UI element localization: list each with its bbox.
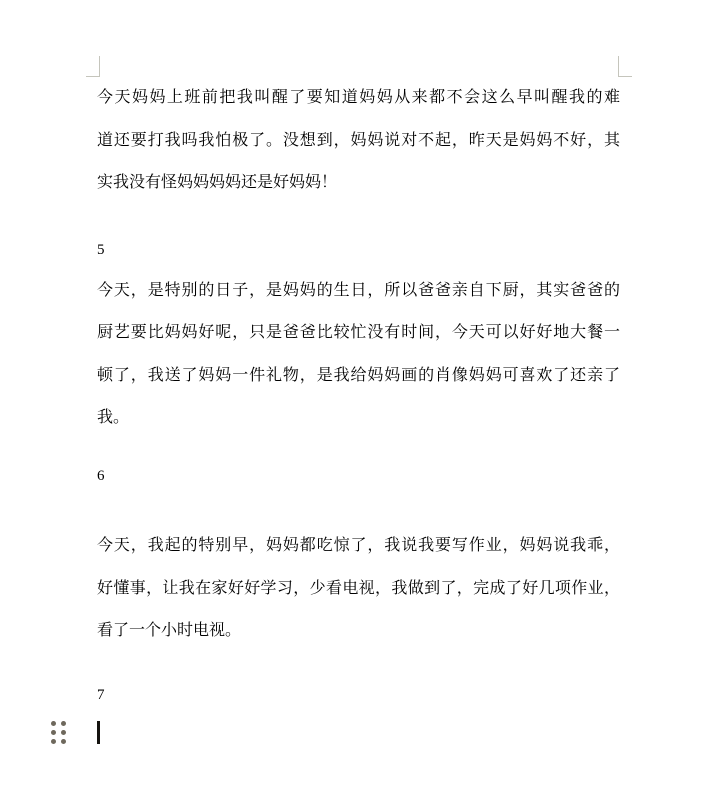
drag-dot <box>51 721 56 726</box>
text-line[interactable]: 我。 <box>97 409 620 427</box>
text-line[interactable]: 厨艺要比妈妈好呢，只是爸爸比较忙没有时间，今天可以好好地大餐一 <box>97 324 620 342</box>
section-number[interactable]: 6 <box>97 468 137 485</box>
section-number[interactable]: 5 <box>97 242 137 259</box>
text-line[interactable]: 今天妈妈上班前把我叫醒了要知道妈妈从来都不会这么早叫醒我的难 <box>97 89 620 107</box>
paragraph-drag-handle-icon[interactable] <box>51 721 66 745</box>
text-cursor-caret <box>97 721 100 744</box>
document-page[interactable]: 今天妈妈上班前把我叫醒了要知道妈妈从来都不会这么早叫醒我的难 道还要打我吗我怕极… <box>0 0 719 810</box>
text-line[interactable]: 好懂事，让我在家好好学习，少看电视，我做到了，完成了好几项作业， <box>97 580 620 598</box>
text-boundary-mark-left-icon <box>86 56 100 77</box>
text-line[interactable]: 看了一个小时电视。 <box>97 622 620 640</box>
drag-dot <box>61 739 66 744</box>
text-line[interactable]: 今天，是特别的日子，是妈妈的生日，所以爸爸亲自下厨，其实爸爸的 <box>97 282 620 300</box>
drag-dot <box>61 730 66 735</box>
text-line[interactable]: 今天，我起的特别早，妈妈都吃惊了，我说我要写作业，妈妈说我乖， <box>97 537 620 555</box>
text-line[interactable]: 顿了，我送了妈妈一件礼物，是我给妈妈画的肖像妈妈可喜欢了还亲了 <box>97 367 620 385</box>
section-number[interactable]: 7 <box>97 687 137 704</box>
drag-dot <box>51 730 56 735</box>
drag-dot <box>61 721 66 726</box>
drag-dot <box>51 739 56 744</box>
text-line[interactable]: 道还要打我吗我怕极了。没想到，妈妈说对不起，昨天是妈妈不好，其 <box>97 132 620 150</box>
text-line[interactable]: 实我没有怪妈妈妈妈还是好妈妈！ <box>97 174 620 192</box>
text-boundary-mark-right-icon <box>618 56 632 77</box>
